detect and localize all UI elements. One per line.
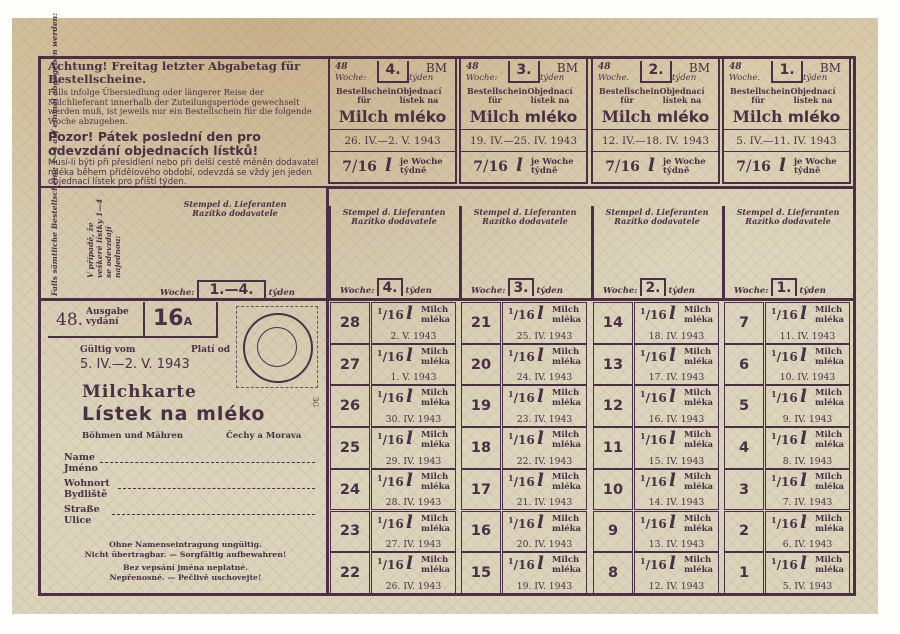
coupon-mleko: mléko	[394, 108, 447, 126]
milch-label: Milch	[421, 430, 448, 440]
qty-unit: l	[406, 470, 413, 491]
mleka-label: mléka	[684, 524, 713, 534]
valid-label-de: Gültig vom	[80, 345, 135, 355]
daily-coupon-1[interactable]: 1/16 l Milchmléka 5. IV. 1943	[765, 552, 850, 594]
daily-qty: 1/16	[377, 515, 404, 531]
day-number: 8	[608, 565, 618, 581]
daily-date: 26. IV. 1943	[372, 581, 455, 592]
daily-coupon-22[interactable]: 1/16 l Milchmléka 26. IV. 1943	[371, 552, 456, 594]
daily-coupon-10[interactable]: 1/16 l Milchmléka 14. IV. 1943	[634, 469, 719, 511]
daily-date: 24. IV. 1943	[503, 372, 586, 383]
milch-label: Milch	[684, 555, 711, 565]
daily-coupon-16[interactable]: 1/16 l Milchmléka 20. IV. 1943	[502, 511, 587, 553]
day-number: 17	[471, 482, 491, 498]
day-number: 3	[739, 482, 749, 498]
stamp-label-cz: Razítko dodavatele	[593, 217, 721, 226]
milch-label: Milch	[815, 388, 842, 398]
order-coupon-week-2[interactable]: 48 Woche. 2. týden BM Bestellschein für …	[591, 57, 720, 184]
daily-date: 11. IV. 1943	[766, 331, 849, 342]
street-label: StraßeUlice	[64, 504, 100, 526]
day-number: 11	[603, 440, 623, 456]
daily-coupon-15[interactable]: 1/16 l Milchmléka 19. IV. 1943	[502, 552, 587, 594]
daily-coupon-number: 7	[724, 302, 764, 344]
qty-numerator: 1	[377, 306, 383, 316]
coupon-objednaci: Objednací lístek na	[783, 87, 843, 105]
daily-date: 9. IV. 1943	[766, 414, 849, 425]
coupon-objednaci: Objednací lístek na	[520, 87, 580, 105]
daily-date: 17. IV. 1943	[635, 372, 718, 383]
daily-date: 8. IV. 1943	[766, 456, 849, 467]
per-week-cz: týdně	[400, 166, 426, 176]
daily-qty: 1/16	[508, 389, 535, 405]
daily-coupon-23[interactable]: 1/16 l Milchmléka 27. IV. 1943	[371, 511, 456, 553]
street-label-de: Straße	[64, 504, 100, 515]
coupon-product: Milch mléko	[724, 107, 849, 126]
coupon-bestellschein: Bestellschein für	[730, 87, 786, 105]
daily-coupon-24[interactable]: 1/16 l Milchmléka 28. IV. 1943	[371, 469, 456, 511]
tyden-label: týden	[269, 288, 295, 298]
day-number: 21	[471, 315, 491, 331]
divider	[326, 188, 329, 596]
notice-cz: Pozor! Pátek poslední den pro odevzdání …	[48, 130, 323, 188]
daily-coupon-number: 11	[593, 427, 633, 469]
qty-unit: l	[537, 553, 544, 574]
daily-coupon-number: 13	[593, 344, 633, 386]
qty-unit: l	[800, 345, 807, 366]
stamp-header-week-3: Stempel d. Lieferanten Razítko dodavatel…	[461, 208, 589, 226]
daily-date: 13. IV. 1943	[635, 539, 718, 550]
qty-numerator: 1	[771, 556, 777, 566]
milch-label: Milch	[684, 430, 711, 440]
mleka-label: mléka	[552, 440, 581, 450]
daily-coupon-4[interactable]: 1/16 l Milchmléka 8. IV. 1943	[765, 427, 850, 469]
daily-date: 20. IV. 1943	[503, 539, 586, 550]
milch-label: Milch	[552, 514, 579, 524]
street-label-cz: Ulice	[64, 515, 91, 526]
coupon-woche-label: Woche:	[466, 73, 497, 83]
divider	[593, 129, 718, 130]
qty-denominator: 16	[781, 475, 798, 489]
qty-unit: l	[385, 155, 392, 176]
ministry-seal	[236, 306, 318, 388]
combined-week-row: Woche:1.—4.týden	[160, 280, 295, 298]
day-number: 25	[340, 440, 360, 456]
stamp-label-cz: Razítko dodavatele	[330, 217, 458, 226]
qty-denominator: 16	[781, 350, 798, 364]
daily-date: 10. IV. 1943	[766, 372, 849, 383]
title-de: Milchkarte	[82, 382, 197, 402]
qty-denominator: 16	[650, 308, 667, 322]
mleka-label: mléka	[684, 565, 713, 575]
daily-product: Milchmléka	[421, 430, 450, 450]
divider	[724, 129, 849, 130]
qty-numerator: 1	[640, 348, 646, 358]
tyden-label: týden	[406, 286, 432, 296]
daily-qty: 1/16	[377, 473, 404, 489]
daily-coupon-27[interactable]: 1/16 l Milchmléka 1. V. 1943	[371, 344, 456, 386]
coupon-woche-label: Woche.	[598, 73, 629, 83]
coupon-issue: 48	[335, 62, 348, 72]
daily-qty: 1/16	[771, 306, 798, 322]
qty-denominator: 16	[781, 558, 798, 572]
qty-unit: l	[669, 428, 676, 449]
qty-unit: l	[669, 553, 676, 574]
mleka-label: mléka	[815, 524, 844, 534]
qty-denominator: 16	[650, 350, 667, 364]
day-number: 22	[340, 565, 360, 581]
daily-product: Milchmléka	[552, 305, 581, 325]
qty-unit: l	[779, 155, 786, 176]
day-number: 9	[608, 523, 618, 539]
title-cz: Lístek na mléko	[82, 403, 266, 425]
qty-unit: l	[406, 386, 413, 407]
daily-coupon-number: 19	[461, 385, 501, 427]
daily-product: Milchmléka	[552, 472, 581, 492]
divider	[326, 186, 854, 189]
milch-label: Milch	[421, 305, 448, 315]
day-number: 1	[739, 565, 749, 581]
daily-coupon-number: 10	[593, 469, 633, 511]
mleka-label: mléka	[552, 357, 581, 367]
coupon-milch: Milch	[733, 107, 783, 126]
milch-label: Milch	[421, 472, 448, 482]
daily-coupon-18[interactable]: 1/16 l Milchmléka 22. IV. 1943	[502, 427, 587, 469]
daily-date: 12. IV. 1943	[635, 581, 718, 592]
milch-label: Milch	[684, 472, 711, 482]
card-code: 16A	[143, 302, 192, 336]
daily-coupon-11[interactable]: 1/16 l Milchmléka 15. IV. 1943	[634, 427, 719, 469]
coupon-mleko: mléko	[657, 108, 710, 126]
side-note-cz-text: V případě, že veškeré lístky 1—4 se odev…	[86, 199, 122, 278]
issue-label-cz: vydání	[86, 317, 119, 327]
per-week-cz: týdně	[794, 166, 820, 176]
qty-numerator: 1	[771, 431, 777, 441]
qty-numerator: 1	[508, 306, 514, 316]
order-coupon-week-1[interactable]: 48 Woche. 1. týden BM Bestellschein für …	[722, 57, 851, 184]
mleka-label: mléka	[552, 482, 581, 492]
coupon-week-number: 4.	[377, 61, 409, 83]
qty-numerator: 1	[508, 473, 514, 483]
qty-denominator: 16	[387, 517, 404, 531]
qty-numerator: 1	[377, 389, 383, 399]
qty-denominator: 16	[650, 391, 667, 405]
qty-unit: l	[406, 512, 413, 533]
daily-product: Milchmléka	[815, 347, 844, 367]
coupon-issue: 48	[466, 62, 479, 72]
qty-denominator: 16	[781, 517, 798, 531]
qty-per-week: je Wochetýdně	[400, 158, 443, 176]
daily-qty: 1/16	[508, 306, 535, 322]
daily-coupon-28[interactable]: 1/16 l Milchmléka 2. V. 1943	[371, 302, 456, 344]
issue-box: 48. Ausgabevydání 16A	[48, 302, 218, 338]
daily-coupon-5[interactable]: 1/16 l Milchmléka 9. IV. 1943	[765, 385, 850, 427]
qty-unit: l	[406, 345, 413, 366]
daily-coupon-25[interactable]: 1/16 l Milchmléka 29. IV. 1943	[371, 427, 456, 469]
qty-denominator: 16	[751, 159, 770, 175]
coupon-woche-label: Woche:	[335, 73, 366, 83]
daily-qty: 1/16	[508, 431, 535, 447]
day-number: 20	[471, 357, 491, 373]
daily-coupon-7[interactable]: 1/16 l Milchmléka 11. IV. 1943	[765, 302, 850, 344]
daily-qty: 1/16	[640, 431, 667, 447]
daily-coupon-9[interactable]: 1/16 l Milchmléka 13. IV. 1943	[634, 511, 719, 553]
name-field[interactable]	[100, 462, 315, 463]
coupon-product: Milch mléko	[461, 107, 586, 126]
daily-coupon-3[interactable]: 1/16 l Milchmléka 7. IV. 1943	[765, 469, 850, 511]
daily-qty: 1/16	[640, 473, 667, 489]
residence-label-de: Wohnort	[64, 478, 110, 489]
qty-numerator: 1	[640, 431, 646, 441]
qty-unit: l	[537, 428, 544, 449]
daily-product: Milchmléka	[815, 430, 844, 450]
qty-numerator: 1	[640, 389, 646, 399]
daily-qty: 1/16	[771, 556, 798, 572]
daily-coupon-13[interactable]: 1/16 l Milchmléka 17. IV. 1943	[634, 344, 719, 386]
footer-cz: Bez vepsání jména neplatné. Nepřenosné. …	[48, 563, 323, 582]
coupon-week-number: 1.	[771, 61, 803, 83]
daily-coupon-number: 14	[593, 302, 633, 344]
daily-coupon-17[interactable]: 1/16 l Milchmléka 21. IV. 1943	[502, 469, 587, 511]
mleka-label: mléka	[552, 565, 581, 575]
daily-date: 27. IV. 1943	[372, 539, 455, 550]
mleka-label: mléka	[815, 315, 844, 325]
qty-unit: l	[537, 386, 544, 407]
daily-product: Milchmléka	[684, 555, 713, 575]
milch-label: Milch	[421, 555, 448, 565]
daily-coupon-8[interactable]: 1/16 l Milchmléka 12. IV. 1943	[634, 552, 719, 594]
milch-label: Milch	[552, 472, 579, 482]
qty-denominator: 16	[488, 159, 507, 175]
daily-product: Milchmléka	[421, 347, 450, 367]
qty-denominator: 16	[518, 391, 535, 405]
mleka-label: mléka	[684, 440, 713, 450]
mleka-label: mléka	[421, 357, 450, 367]
day-number: 23	[340, 523, 360, 539]
stamp-week-row: Woche:2.týden	[603, 278, 695, 296]
qty-numerator: 1	[640, 515, 646, 525]
stamp-week-number: 3.	[508, 278, 533, 296]
qty-numerator: 1	[771, 473, 777, 483]
daily-coupon-12[interactable]: 1/16 l Milchmléka 16. IV. 1943	[634, 385, 719, 427]
street-field[interactable]	[112, 514, 315, 515]
coupon-issue: 48	[598, 62, 611, 72]
woche-label: Woche:	[734, 286, 768, 296]
daily-coupon-number: 5	[724, 385, 764, 427]
qty-denominator: 16	[387, 308, 404, 322]
coupon-week-number: 3.	[508, 61, 540, 83]
stamp-label-cz: Razítko dodavatele	[461, 217, 589, 226]
qty-denominator: 16	[387, 391, 404, 405]
milch-label: Milch	[684, 388, 711, 398]
divider	[40, 186, 326, 188]
notice-cz-text: Musí-li býti při přesídlení nebo při del…	[48, 159, 323, 188]
coupon-product: Milch mléko	[593, 107, 718, 126]
stamp-week-row: Woche:4.týden	[340, 278, 432, 296]
coupon-week-number: 2.	[640, 61, 672, 83]
daily-coupon-19[interactable]: 1/16 l Milchmléka 23. IV. 1943	[502, 385, 587, 427]
daily-coupon-number: 18	[461, 427, 501, 469]
daily-date: 19. IV. 1943	[503, 581, 586, 592]
coupon-bm-mark: BM	[689, 61, 710, 75]
order-coupon-week-4[interactable]: 48 Woche: 4. týden BM Bestellschein für …	[328, 57, 457, 184]
daily-date: 16. IV. 1943	[635, 414, 718, 425]
footer-cz-line2: Nepřenosné. — Pečlivě uschovejte!	[48, 573, 323, 583]
daily-product: Milchmléka	[684, 472, 713, 492]
daily-qty: 1/16	[640, 515, 667, 531]
issue-number: 48.	[56, 310, 83, 330]
daily-product: Milchmléka	[815, 305, 844, 325]
daily-qty: 1/16	[640, 306, 667, 322]
qty-unit: l	[800, 553, 807, 574]
divider	[461, 151, 586, 152]
divider	[593, 151, 718, 152]
printer-mark: 3G	[311, 397, 319, 407]
milch-label: Milch	[552, 347, 579, 357]
valid-dates: 5. IV.—2. V. 1943	[80, 357, 230, 372]
card-code-suffix: A	[184, 315, 193, 328]
name-label-de: Name	[64, 452, 95, 463]
daily-product: Milchmléka	[815, 555, 844, 575]
daily-product: Milchmléka	[552, 388, 581, 408]
qty-denominator: 16	[518, 350, 535, 364]
qty-unit: l	[537, 303, 544, 324]
mleka-label: mléka	[815, 357, 844, 367]
daily-product: Milchmléka	[552, 514, 581, 534]
mleka-label: mléka	[815, 565, 844, 575]
milch-label: Milch	[552, 305, 579, 315]
stamp-label-cz: Razítko dodavatele	[150, 209, 320, 218]
qty-unit: l	[669, 386, 676, 407]
coupon-woche-label: Woche.	[729, 73, 760, 83]
per-week-cz: týdně	[531, 166, 557, 176]
daily-product: Milchmléka	[552, 555, 581, 575]
qty-unit: l	[669, 303, 676, 324]
daily-product: Milchmléka	[684, 430, 713, 450]
daily-coupon-21[interactable]: 1/16 l Milchmléka 25. IV. 1943	[502, 302, 587, 344]
notice-cz-heading: Pozor! Pátek poslední den pro odevzdání …	[48, 130, 323, 158]
issue-label: Ausgabevydání	[86, 307, 129, 327]
milch-label: Milch	[815, 555, 842, 565]
daily-coupon-number: 4	[724, 427, 764, 469]
qty-denominator: 16	[387, 350, 404, 364]
qty-denominator: 16	[387, 475, 404, 489]
tyden-label: týden	[800, 286, 826, 296]
tyden-label: týden	[669, 286, 695, 296]
qty-unit: l	[406, 428, 413, 449]
coupon-milch: Milch	[602, 107, 652, 126]
order-coupon-week-3[interactable]: 48 Woche: 3. týden BM Bestellschein für …	[459, 57, 588, 184]
daily-date: 23. IV. 1943	[503, 414, 586, 425]
daily-product: Milchmléka	[815, 472, 844, 492]
qty-denominator: 16	[518, 517, 535, 531]
daily-product: Milchmléka	[684, 388, 713, 408]
qty-numerator: 1	[377, 515, 383, 525]
daily-coupon-26[interactable]: 1/16 l Milchmléka 30. IV. 1943	[371, 385, 456, 427]
daily-qty: 1/16	[640, 348, 667, 364]
daily-coupon-number: 28	[330, 302, 370, 344]
stamp-week-number: 4.	[377, 278, 402, 296]
day-number: 27	[340, 357, 360, 373]
daily-qty: 1/16	[771, 348, 798, 364]
mleka-label: mléka	[815, 440, 844, 450]
qty-per-week: je Wochetýdně	[531, 158, 574, 176]
name-label-cz: Jméno	[64, 463, 98, 474]
coupon-quantity: 7/16 l je Wochetýdně	[724, 155, 849, 176]
residence-field[interactable]	[118, 488, 315, 489]
daily-coupon-2[interactable]: 1/16 l Milchmléka 6. IV. 1943	[765, 511, 850, 553]
milch-label: Milch	[552, 388, 579, 398]
day-number: 13	[603, 357, 623, 373]
mleka-label: mléka	[815, 482, 844, 492]
qty-numerator: 1	[771, 515, 777, 525]
daily-date: 1. V. 1943	[372, 372, 455, 383]
day-number: 7	[739, 315, 749, 331]
coupon-bm-mark: BM	[557, 61, 578, 75]
notice-de-heading: Achtung! Freitag letzter Abgabetag für B…	[48, 60, 323, 86]
qty-unit: l	[516, 155, 523, 176]
daily-coupon-number: 6	[724, 344, 764, 386]
day-number: 18	[471, 440, 491, 456]
woche-label: Woche:	[340, 286, 374, 296]
daily-coupon-number: 15	[461, 552, 501, 594]
qty-denominator: 16	[518, 308, 535, 322]
coupon-milch: Milch	[339, 107, 389, 126]
coupon-dates: 5. IV.—11. IV. 1943	[724, 135, 849, 147]
daily-qty: 1/16	[771, 389, 798, 405]
daily-coupon-number: 21	[461, 302, 501, 344]
day-number: 26	[340, 398, 360, 414]
qty-denominator: 16	[650, 517, 667, 531]
coupon-dates: 19. IV.—25. IV. 1943	[461, 135, 586, 147]
coupon-quantity: 7/16 l je Wochetýdně	[593, 155, 718, 176]
stamp-header-week-1: Stempel d. Lieferanten Razítko dodavatel…	[724, 208, 852, 226]
qty-per-week: je Wochetýdně	[794, 158, 837, 176]
qty-numerator: 1	[377, 348, 383, 358]
qty-numerator: 1	[508, 348, 514, 358]
qty-numerator: 1	[771, 348, 777, 358]
qty-denominator: 16	[781, 308, 798, 322]
tyden-label: týden	[537, 286, 563, 296]
daily-coupon-number: 20	[461, 344, 501, 386]
qty-denominator: 16	[518, 475, 535, 489]
daily-coupon-6[interactable]: 1/16 l Milchmléka 10. IV. 1943	[765, 344, 850, 386]
qty-denominator: 16	[781, 391, 798, 405]
day-number: 15	[471, 565, 491, 581]
daily-product: Milchmléka	[552, 430, 581, 450]
stamp-header-combined: Stempel d. Lieferanten Razítko dodavatel…	[150, 200, 320, 218]
coupon-objednaci: Objednací lístek na	[389, 87, 449, 105]
milch-label: Milch	[684, 347, 711, 357]
coupon-bestellschein: Bestellschein für	[336, 87, 392, 105]
qty-unit: l	[406, 553, 413, 574]
mleka-label: mléka	[552, 315, 581, 325]
daily-date: 14. IV. 1943	[635, 497, 718, 508]
mleka-label: mléka	[552, 524, 581, 534]
daily-qty: 1/16	[771, 473, 798, 489]
daily-coupon-14[interactable]: 1/16 l Milchmléka 18. IV. 1943	[634, 302, 719, 344]
day-number: 19	[471, 398, 491, 414]
daily-product: Milchmléka	[684, 347, 713, 367]
daily-coupon-20[interactable]: 1/16 l Milchmléka 24. IV. 1943	[502, 344, 587, 386]
daily-qty: 1/16	[508, 556, 535, 572]
daily-coupon-number: 25	[330, 427, 370, 469]
daily-date: 25. IV. 1943	[503, 331, 586, 342]
qty-numerator: 1	[508, 389, 514, 399]
divider	[724, 151, 849, 152]
qty-numerator: 1	[377, 473, 383, 483]
qty-denominator: 16	[781, 433, 798, 447]
daily-qty: 1/16	[640, 389, 667, 405]
